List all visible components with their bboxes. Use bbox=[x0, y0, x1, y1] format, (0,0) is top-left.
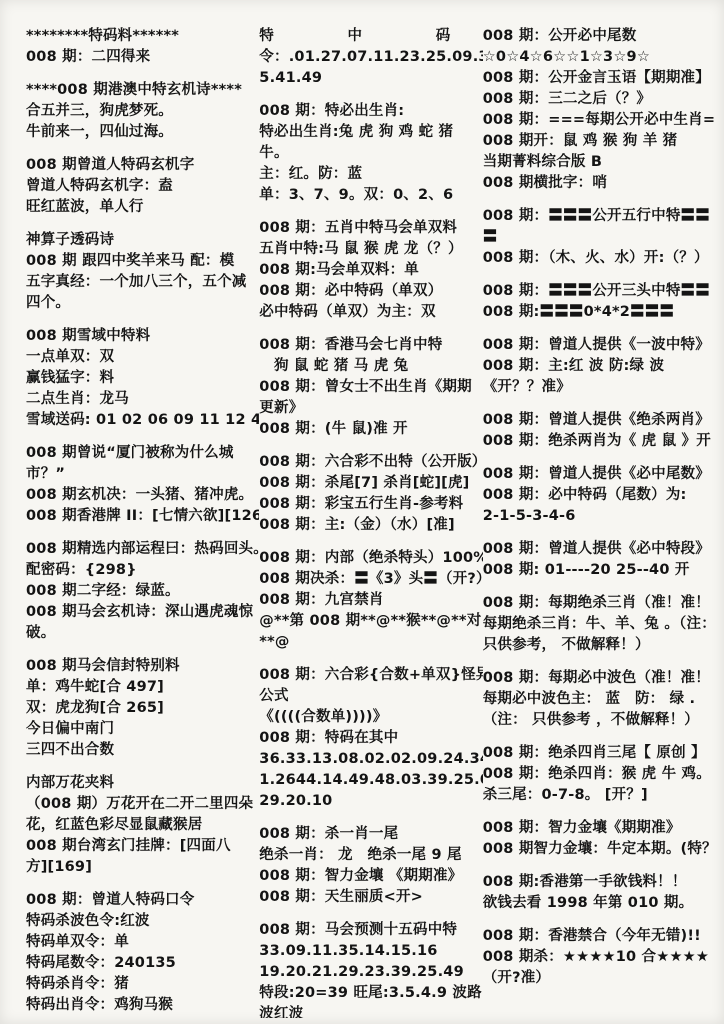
text-line: 008 期马会玄机诗：深山遇虎魂惊 bbox=[26, 602, 249, 623]
text-line: 008 期：绝杀四肖：猴 虎 牛 鸡。 bbox=[483, 764, 706, 785]
text-line: 33.09.11.35.14.15.16 bbox=[259, 941, 472, 962]
text-line: 008 期：特码在其中 bbox=[259, 728, 472, 749]
text-line: 曾道人特码玄机字：盍 bbox=[26, 176, 249, 197]
text-line: 008 期玄机决：一头猪、猪冲虎。 bbox=[26, 485, 249, 506]
text-line: 008 期二字经：绿蓝。 bbox=[26, 581, 249, 602]
column-right: 008 期：公开必中尾数☆0☆4☆6☆☆1☆3☆9☆008 期：公开金言玉语【期… bbox=[483, 26, 716, 1018]
text-line: 牛。 bbox=[259, 143, 472, 164]
paragraph-gap bbox=[483, 581, 706, 593]
text-line: 008 期：杀一肖一尾 bbox=[259, 824, 472, 845]
text-line: 008 期：主:（金）（水）[准] bbox=[259, 515, 472, 536]
text-line: 今日偏中南门 bbox=[26, 719, 249, 740]
text-line: 008 期：内部（绝杀特头）100% bbox=[259, 548, 472, 569]
text-line: 008 期：六合彩不出特（公开版） bbox=[259, 452, 472, 473]
paragraph-gap bbox=[259, 440, 472, 452]
paragraph-gap bbox=[259, 812, 472, 824]
text-line: 破。 bbox=[26, 623, 249, 644]
text-line: 008 期：曾道人提供《一波中特》 bbox=[483, 335, 706, 356]
text-line: 更新》 bbox=[259, 398, 472, 419]
text-line: 008 期：曾道人提供《绝杀两肖》 bbox=[483, 410, 706, 431]
text-line: 〓 bbox=[483, 227, 706, 248]
paragraph-gap bbox=[26, 68, 249, 80]
text-line: 当期菁料综合版 B bbox=[483, 152, 706, 173]
text-line: @**第 008 期**@**猴**@**对 bbox=[259, 611, 472, 632]
text-line: 008 期：六合彩{合数+单双}怪异 bbox=[259, 665, 472, 686]
text-line: 008 期：每期必中波色（准！准！ bbox=[483, 668, 706, 689]
text-line: 1.2644.14.49.48.03.39.25.06.40.43. bbox=[259, 770, 472, 791]
paragraph-gap bbox=[483, 269, 706, 281]
text-line: 狗 鼠 蛇 猪 马 虎 兔 bbox=[259, 356, 472, 377]
text-line: 008 期：天生丽质<开> bbox=[259, 887, 472, 908]
paragraph-gap bbox=[26, 761, 249, 773]
text-line: 008 期：香港马会七肖中特 bbox=[259, 335, 472, 356]
paragraph-gap bbox=[483, 656, 706, 668]
text-line: 神算子透码诗 bbox=[26, 230, 249, 251]
text-line: 特必出生肖:兔 虎 狗 鸡 蛇 猪 bbox=[259, 122, 472, 143]
column-middle: 特 中 码令：.01.27.07.11.23.25.09.37.17.05.41… bbox=[259, 26, 482, 1018]
text-line: 008 期：每期绝杀三肖（准！准！ bbox=[483, 593, 706, 614]
text-line: 008 期:香港第一手欲钱料！！ bbox=[483, 872, 706, 893]
text-line: 波红波 bbox=[259, 1004, 472, 1018]
paragraph-gap bbox=[259, 89, 472, 101]
text-line: 008 期精选内部运程曰：热码回头。 bbox=[26, 539, 249, 560]
text-line: 一点单双：双 bbox=[26, 347, 249, 368]
text-line: 双：虎龙狗[合 265] bbox=[26, 698, 249, 719]
tips-sheet-page: ********特码料******008 期：二四得来****008 期港澳中特… bbox=[0, 0, 724, 1024]
text-line: 市？” bbox=[26, 464, 249, 485]
text-line: 008 期: 01----20 25--40 开 bbox=[483, 560, 706, 581]
text-line: 008 期横批字：哨 bbox=[483, 173, 706, 194]
text-line: 花，红蓝色彩尽显鼠藏猴居 bbox=[26, 815, 249, 836]
text-line: 2-1-5-3-4-6 bbox=[483, 506, 706, 527]
text-line: 008 期：公开金言玉语【期期准】 bbox=[483, 68, 706, 89]
paragraph-gap bbox=[483, 527, 706, 539]
text-line: 008 期曾道人特码玄机字 bbox=[26, 155, 249, 176]
text-line: 008 期：智力金壤 《期期准》 bbox=[259, 866, 472, 887]
paragraph-gap bbox=[259, 323, 472, 335]
text-line: 008 期：曾道人特码口令 bbox=[26, 890, 249, 911]
text-line: 008 期：===每期公开必中生肖=== bbox=[483, 110, 706, 131]
text-line: 只供参考， 不做解释！） bbox=[483, 635, 706, 656]
text-line: 008 期:〓〓〓0*4*2〓〓〓 bbox=[483, 302, 706, 323]
text-line: 五字真经：一个加八三个，五个减 bbox=[26, 272, 249, 293]
text-line: 008 期曾说“厦门被称为什么城 bbox=[26, 443, 249, 464]
paragraph-gap bbox=[483, 914, 706, 926]
text-line: 单：3、7、9。双：0、2、6 bbox=[259, 185, 472, 206]
text-line: 008 期：曾道人提供《必中尾数》 bbox=[483, 464, 706, 485]
text-line: 008 期杀：★★★★10 合★★★★ bbox=[483, 947, 706, 968]
text-line: 必中特码（单双）为主：双 bbox=[259, 302, 472, 323]
text-line: 008 期：马会预测十五码中特 bbox=[259, 920, 472, 941]
text-line: 合五并三，狗虎梦死。 bbox=[26, 101, 249, 122]
text-line: 008 期：〓〓〓公开五行中特〓〓 bbox=[483, 206, 706, 227]
paragraph-gap bbox=[26, 878, 249, 890]
text-line: 008 期：（木、火、水）开:（？） bbox=[483, 248, 706, 269]
text-line: 旺红蓝波，单人行 bbox=[26, 197, 249, 218]
paragraph-gap bbox=[26, 644, 249, 656]
text-line: 008 期开：鼠 鸡 猴 狗 羊 猪 bbox=[483, 131, 706, 152]
text-line: （注： 只供参考 ，不做解释！） bbox=[483, 710, 706, 731]
paragraph-gap bbox=[26, 143, 249, 155]
text-line: 008 期:马会单双料：单 bbox=[259, 260, 472, 281]
paragraph-gap bbox=[259, 653, 472, 665]
text-line: 008 期：二四得来 bbox=[26, 47, 249, 68]
paragraph-gap bbox=[26, 218, 249, 230]
paragraph-gap bbox=[483, 860, 706, 872]
text-line: 每期必中波色主： 蓝 防： 绿 . bbox=[483, 689, 706, 710]
text-line: 《开？？准》 bbox=[483, 377, 706, 398]
text-line: 五肖中特:马 鼠 猴 虎 龙（？） bbox=[259, 239, 472, 260]
text-line: 雪域送码: 01 02 06 09 11 12 44 47 bbox=[26, 410, 249, 431]
text-line: 008 期：五肖中特马会单双料 bbox=[259, 218, 472, 239]
text-line: 008 期：特必出生肖: bbox=[259, 101, 472, 122]
text-line: 008 期：必中特码（尾数）为: bbox=[483, 485, 706, 506]
text-line: 008 期香港牌 II：[七情六欲][126] bbox=[26, 506, 249, 527]
text-line: 欲钱去看 1998 年第 010 期。 bbox=[483, 893, 706, 914]
text-line: 008 期：绝杀两肖为《 虎 鼠 》开 bbox=[483, 431, 706, 452]
paragraph-gap bbox=[259, 206, 472, 218]
text-line: 每期绝杀三肖：牛、羊、兔 。（注： bbox=[483, 614, 706, 635]
column-left: ********特码料******008 期：二四得来****008 期港澳中特… bbox=[26, 26, 259, 1018]
text-line: 特码出肖令：鸡狗马猴 bbox=[26, 995, 249, 1016]
text-line: 公式 bbox=[259, 686, 472, 707]
text-line: 绝杀一肖： 龙 绝杀一尾 9 尾 bbox=[259, 845, 472, 866]
text-line: 主：红。防：蓝 bbox=[259, 164, 472, 185]
text-line: 008 期：〓〓〓公开三头中特〓〓 bbox=[483, 281, 706, 302]
paragraph-gap bbox=[259, 536, 472, 548]
paragraph-gap bbox=[483, 452, 706, 464]
text-line: 特段:20=39 旺尾:3.5.4.9 波路:蓝 bbox=[259, 983, 472, 1004]
paragraph-gap bbox=[26, 527, 249, 539]
text-line: 杀三尾：0-7-8。 [开？] bbox=[483, 785, 706, 806]
text-line: （008 期）万花开在二开二里四朵 bbox=[26, 794, 249, 815]
text-line: 008 期：绝杀四肖三尾【 原创 】 bbox=[483, 743, 706, 764]
text-line: 单：鸡牛蛇[合 497] bbox=[26, 677, 249, 698]
paragraph-gap bbox=[26, 431, 249, 443]
text-line: 特码尾数令：240135 bbox=[26, 953, 249, 974]
text-line: 008 期：主:红 波 防:绿 波 bbox=[483, 356, 706, 377]
text-line: 29.20.10 bbox=[259, 791, 472, 812]
paragraph-gap bbox=[483, 194, 706, 206]
text-line: 特码单双令：单 bbox=[26, 932, 249, 953]
text-line: 008 期：必中特码（单双） bbox=[259, 281, 472, 302]
text-line: 《((((合数单))))》 bbox=[259, 707, 472, 728]
text-line: 008 期 跟四中奖羊来马 配：模 bbox=[26, 251, 249, 272]
text-line: 四个。 bbox=[26, 293, 249, 314]
text-line: 008 期：三二之后（？》 bbox=[483, 89, 706, 110]
text-line: 008 期：公开必中尾数 bbox=[483, 26, 706, 47]
text-line: ****008 期港澳中特玄机诗**** bbox=[26, 80, 249, 101]
text-line: 令：.01.27.07.11.23.25.09.37.17.0 bbox=[259, 47, 472, 68]
text-line: 方][169] bbox=[26, 857, 249, 878]
text-line: 008 期：杀尾[7] 杀肖[蛇][虎] bbox=[259, 473, 472, 494]
paragraph-gap bbox=[26, 314, 249, 326]
text-line: 三四不出合数 bbox=[26, 740, 249, 761]
text-line: 008 期智力金壤：牛定本期。(特？） bbox=[483, 839, 706, 860]
text-line: 牛前来一，四仙过海。 bbox=[26, 122, 249, 143]
text-line: 配密码：{298} bbox=[26, 560, 249, 581]
text-line: 二点生肖：龙马 bbox=[26, 389, 249, 410]
paragraph-gap bbox=[483, 323, 706, 335]
paragraph-gap bbox=[483, 731, 706, 743]
columns-container: ********特码料******008 期：二四得来****008 期港澳中特… bbox=[0, 0, 724, 1024]
text-line: 008 期：九宫禁肖 bbox=[259, 590, 472, 611]
paragraph-gap bbox=[483, 398, 706, 410]
text-line: 19.20.21.29.23.39.25.49 bbox=[259, 962, 472, 983]
text-line: 赢钱猛字：料 bbox=[26, 368, 249, 389]
text-line: 内部万花夹料 bbox=[26, 773, 249, 794]
text-line: 5.41.49 bbox=[259, 68, 472, 89]
text-line: 008 期马会信封特别料 bbox=[26, 656, 249, 677]
paragraph-gap bbox=[483, 806, 706, 818]
text-line: ☆0☆4☆6☆☆1☆3☆9☆ bbox=[483, 47, 706, 68]
text-line: 008 期雪域中特料 bbox=[26, 326, 249, 347]
text-line: 008 期：彩宝五行生肖-参考料 bbox=[259, 494, 472, 515]
text-line: 008 期：智力金壤《期期准》 bbox=[483, 818, 706, 839]
text-line: 36.33.13.08.02.02.09.24.34.38.19.0 bbox=[259, 749, 472, 770]
text-line: 特码杀肖令：猪 bbox=[26, 974, 249, 995]
text-line: 008 期：(牛 鼠)准 开 bbox=[259, 419, 472, 440]
text-line: 特 中 码 bbox=[259, 26, 472, 47]
text-line: （开?准） bbox=[483, 968, 706, 989]
text-line: 008 期台湾玄门挂牌：[四面八 bbox=[26, 836, 249, 857]
text-line: 008 期：曾道人提供《必中特段》 bbox=[483, 539, 706, 560]
text-line: ********特码料****** bbox=[26, 26, 249, 47]
text-line: 008 期决杀：〓《3》头〓（开?） bbox=[259, 569, 472, 590]
text-line: 008 期：曾女士不出生肖《期期 bbox=[259, 377, 472, 398]
text-line: 008 期：香港禁合（今年无错)!! bbox=[483, 926, 706, 947]
text-line: **@ bbox=[259, 632, 472, 653]
paragraph-gap bbox=[259, 908, 472, 920]
text-line: 特码杀波色令:红波 bbox=[26, 911, 249, 932]
